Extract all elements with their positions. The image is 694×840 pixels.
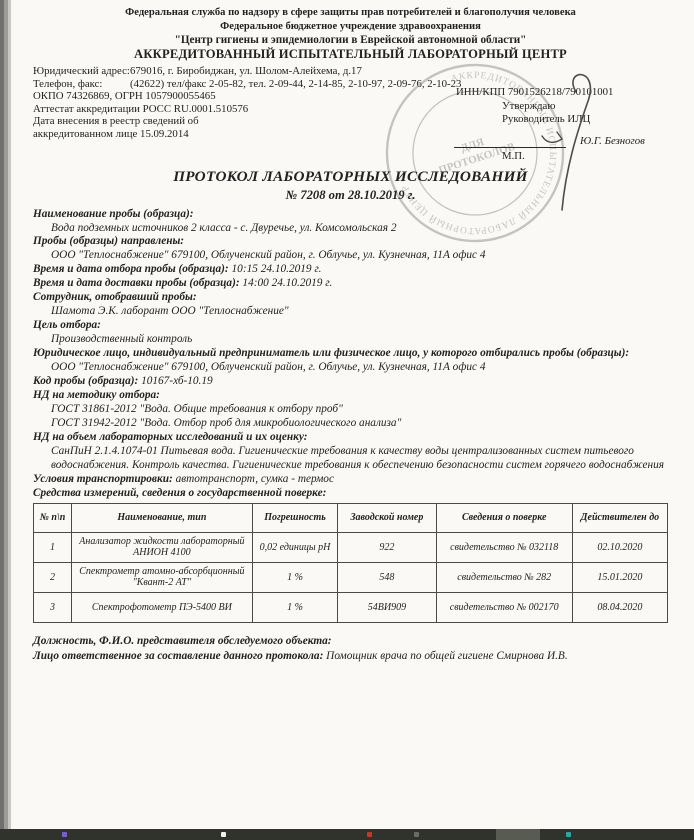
taskbar-app-icon[interactable] <box>414 832 419 837</box>
protocol-fields: Наименование пробы (образца): Вода подзе… <box>33 208 668 501</box>
nd-volume-label: НД на объем лабораторных исследований и … <box>33 431 668 445</box>
instruments-label: Средства измерений, сведения о государст… <box>33 487 668 501</box>
col-header-serial: Заводской номер <box>338 503 436 532</box>
cell-row2-error: 1 % <box>252 562 338 592</box>
representative-position-label: Должность, Ф.И.О. представителя обследуе… <box>33 634 668 650</box>
org-line-center-name: "Центр гигиены и эпидемиологии в Еврейск… <box>33 33 668 47</box>
cell-row1-error: 0,02 единицы рН <box>252 532 338 562</box>
transport-row: Условия транспортировки: автотранспорт, … <box>33 473 668 487</box>
nd-method-label: НД на методику отбора: <box>33 389 668 403</box>
taskbar-app-icon[interactable] <box>566 832 571 837</box>
table-row: 3 Спектрофотометр ПЭ-5400 ВИ 1 % 54ВИ909… <box>34 592 668 622</box>
approve-word: Утверждаю <box>502 100 682 113</box>
signature-line <box>454 135 566 148</box>
selection-datetime-value: 10:15 24.10.2019 г. <box>232 263 322 275</box>
sample-code-label: Код пробы (образца): <box>33 375 138 387</box>
table-row: 1 Анализатор жидкости лабораторный АНИОН… <box>34 532 668 562</box>
sampling-employee-label: Сотрудник, отобравший пробы: <box>33 291 668 305</box>
taskbar-app-icon[interactable] <box>221 832 226 837</box>
cell-row3-name: Спектрофотометр ПЭ-5400 ВИ <box>72 592 253 622</box>
approval-block: ИНН/КПП 7901526218/790101001 Утверждаю Р… <box>442 86 682 163</box>
transport-value: автотранспорт, сумка - термос <box>176 473 334 485</box>
cell-row3-valid: 08.04.2020 <box>572 592 667 622</box>
table-header-row: № п\п Наименование, тип Погрешность Заво… <box>34 503 668 532</box>
phone-fax-label: Телефон, факс: <box>33 78 130 91</box>
cell-row3-error: 1 % <box>252 592 338 622</box>
taskbar-app-icon[interactable] <box>367 832 372 837</box>
legal-entity-value: ООО "Теплоснабжение" 679100, Облученский… <box>33 361 668 375</box>
col-header-error: Погрешность <box>252 503 338 532</box>
cell-row3-num: 3 <box>34 592 72 622</box>
cell-row1-serial: 922 <box>338 532 436 562</box>
cell-row2-serial: 548 <box>338 562 436 592</box>
protocol-document: Федеральная служба по надзору в сфере за… <box>14 0 694 829</box>
responsible-person-value: Помощник врача по общей гигиене Смирнова… <box>326 650 568 662</box>
org-line-accredited-center: АККРЕДИТОВАННЫЙ ИСПЫТАТЕЛЬНЫЙ ЛАБОРАТОРН… <box>33 47 668 62</box>
table-row: 2 Спектрометр атомно-абсорбционный "Кван… <box>34 562 668 592</box>
samples-directed-label: Пробы (образцы) направлены: <box>33 235 668 249</box>
legal-address-label: Юридический адрес: <box>33 65 130 78</box>
cell-row2-name: Спектрометр атомно-абсорбционный "Квант-… <box>72 562 253 592</box>
sample-name-value: Вода подземных источников 2 класса - с. … <box>33 222 668 236</box>
cell-row2-verification: свидетельство № 282 <box>436 562 572 592</box>
delivery-datetime-value: 14:00 24.10.2019 г. <box>242 277 332 289</box>
delivery-datetime-row: Время и дата доставки пробы (образца): 1… <box>33 277 668 291</box>
signer-name: Ю.Г. Безногов <box>580 135 645 148</box>
responsible-person-label: Лицо ответственное за составление данног… <box>33 650 323 662</box>
document-number: № 7208 от 28.10.2019 г. <box>33 188 668 203</box>
delivery-datetime-label: Время и дата доставки пробы (образца): <box>33 277 240 289</box>
legal-address-value: 679016, г. Биробиджан, ул. Шолом-Алейхем… <box>130 65 362 78</box>
nd-method-gost1: ГОСТ 31861-2012 "Вода. Общие требования … <box>33 403 668 417</box>
transport-label: Условия транспортировки: <box>33 473 173 485</box>
cell-row1-verification: свидетельство № 032118 <box>436 532 572 562</box>
cell-row1-name: Анализатор жидкости лабораторный АНИОН 4… <box>72 532 253 562</box>
phone-fax-value: (42622) тел/факс 2-05-82, тел. 2-09-44, … <box>130 78 461 91</box>
cell-row2-num: 2 <box>34 562 72 592</box>
document-title: ПРОТОКОЛ ЛАБОРАТОРНЫХ ИССЛЕДОВАНИЙ <box>33 168 668 186</box>
cell-row2-valid: 15.01.2020 <box>572 562 667 592</box>
title-block: ПРОТОКОЛ ЛАБОРАТОРНЫХ ИССЛЕДОВАНИЙ № 720… <box>33 168 668 203</box>
selection-datetime-row: Время и дата отбора пробы (образца): 10:… <box>33 263 668 277</box>
purpose-value: Производственный контроль <box>33 333 668 347</box>
instruments-table: № п\п Наименование, тип Погрешность Заво… <box>33 503 668 623</box>
legal-entity-label: Юридическое лицо, индивидуальный предпри… <box>33 347 668 361</box>
sampling-employee-value: Шамота Э.К. лаборант ООО "Теплоснабжение… <box>33 305 668 319</box>
nd-method-gost2: ГОСТ 31942-2012 "Вода. Отбор проб для ми… <box>33 417 668 431</box>
col-header-valid-until: Действителен до <box>572 503 667 532</box>
seal-place-mark: М.П. <box>502 150 682 163</box>
approver-role: Руководитель ИЛЦ <box>502 113 682 126</box>
sample-code-value: 10167-хб-10.19 <box>141 375 213 387</box>
sample-code-row: Код пробы (образца): 10167-хб-10.19 <box>33 375 668 389</box>
col-header-name-type: Наименование, тип <box>72 503 253 532</box>
cell-row1-num: 1 <box>34 532 72 562</box>
responsible-person-row: Лицо ответственное за составление данног… <box>33 649 668 665</box>
cell-row3-serial: 54ВИ909 <box>338 592 436 622</box>
selection-datetime-label: Время и дата отбора пробы (образца): <box>33 263 229 275</box>
org-line-institution: Федеральное бюджетное учреждение здравоо… <box>33 20 668 34</box>
nd-volume-value: СанПиН 2.1.4.1074-01 Питьевая вода. Гиги… <box>33 445 668 473</box>
taskbar-active-window-button[interactable] <box>496 829 540 840</box>
purpose-label: Цель отбора: <box>33 319 668 333</box>
cell-row3-verification: свидетельство № 002170 <box>436 592 572 622</box>
sample-name-label: Наименование пробы (образца): <box>33 208 668 222</box>
col-header-number: № п\п <box>34 503 72 532</box>
inn-kpp-line: ИНН/КПП 7901526218/790101001 <box>456 86 682 99</box>
taskbar-app-icon[interactable] <box>62 832 67 837</box>
org-line-federal-service: Федеральная служба по надзору в сфере за… <box>33 6 668 20</box>
scan-edge-shadow <box>0 0 14 840</box>
samples-directed-value: ООО "Теплоснабжение" 679100, Облученский… <box>33 249 668 263</box>
col-header-verification: Сведения о поверке <box>436 503 572 532</box>
footer-block: Должность, Ф.И.О. представителя обследуе… <box>33 634 668 665</box>
cell-row1-valid: 02.10.2020 <box>572 532 667 562</box>
taskbar <box>0 829 694 840</box>
